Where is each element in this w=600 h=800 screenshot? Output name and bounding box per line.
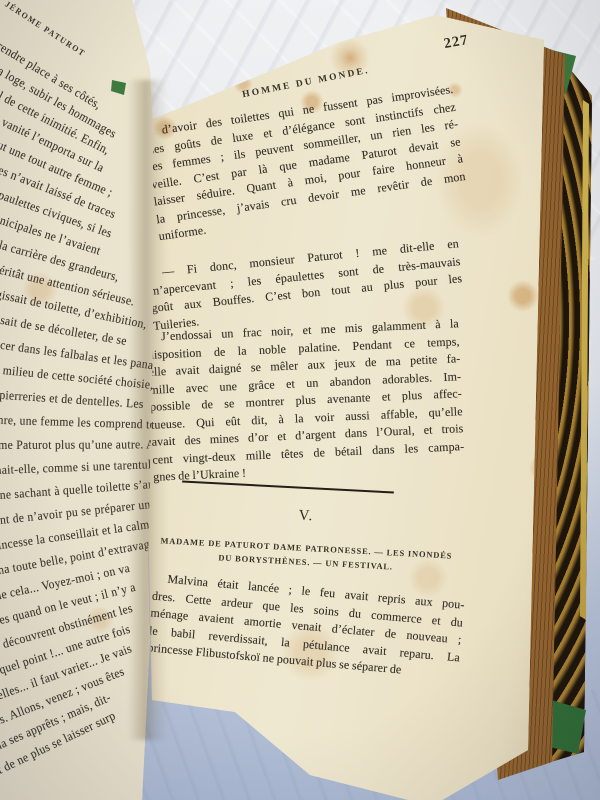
section-rule bbox=[182, 480, 394, 493]
chapter-numeral: V. bbox=[150, 501, 462, 532]
paragraph: J’endossai un frac noir, et me mis galam… bbox=[147, 315, 466, 486]
book-photo: 227 HOMME DU MONDE. et d’avoir des toile… bbox=[0, 0, 600, 800]
paragraph: Malvina était lancée ; le feu avait repr… bbox=[147, 570, 465, 684]
chapter-title: MADAME DE PATUROT DAME PATRONESSE. — LES… bbox=[149, 533, 462, 577]
gutter-shadow bbox=[128, 80, 168, 740]
